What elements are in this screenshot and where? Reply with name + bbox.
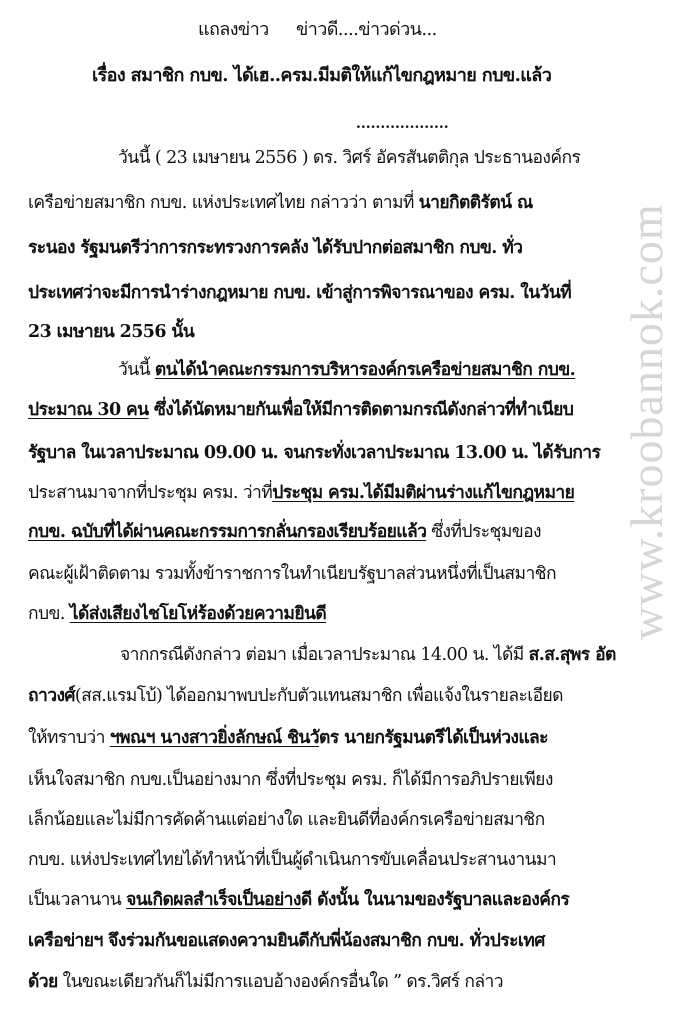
body-line: วันนี้ ( 23 เมษายน 2556 ) ดร. วิศร์ อัคร… bbox=[118, 146, 580, 170]
text-run: ในขณะเดียวกันก็ไม่มีการแอบอ้างองค์กรอื่น… bbox=[58, 972, 503, 992]
document-title: เรื่อง สมาชิก กบข. ได้เฮ..ครม.มีมติให้แก… bbox=[92, 64, 551, 88]
body-line: ด้วย ในขณะเดียวกันก็ไม่มีการแอบอ้างองค์ก… bbox=[28, 970, 503, 994]
text-run: ส.ส.สุพร อัต bbox=[529, 645, 616, 665]
text-run: ให้ทราบว่า bbox=[28, 728, 110, 748]
text-run: (สส.แรมโบ้) ได้ออกมาพบปะกับตัวแทนสมาชิก … bbox=[75, 686, 563, 706]
body-line: ประสานมาจากที่ประชุม ครม. ว่าที่ประชุม ค… bbox=[28, 481, 574, 505]
body-line: กบข. แห่งประเทศไทยได้ทำหน้าที่เป็นผู้ดำเ… bbox=[28, 848, 556, 872]
text-run: รัฐบาล ในเวลาประมาณ 09.00 น. จนกระทั่งเว… bbox=[28, 443, 600, 463]
text-run: 23 เมษายน 2556 นั้น bbox=[28, 322, 194, 342]
text-run: ประสานมาจากที่ประชุม ครม. ว่าที่ bbox=[28, 483, 272, 503]
text-run: ถาวงศ์ bbox=[28, 686, 75, 706]
text-run: วันนี้ ( 23 เมษายน 2556 ) ดร. วิศร์ อัคร… bbox=[118, 148, 580, 168]
body-line: เล็กน้อยและไม่มีการคัดค้านแต่อย่างใด และ… bbox=[28, 808, 545, 832]
site-watermark: www.kroobannok.com bbox=[620, 0, 673, 640]
body-line: วันนี้ ตนได้นำคณะกรรมการบริหารองค์กรเครื… bbox=[118, 358, 575, 382]
body-line: เห็นใจสมาชิก กบข.เป็นอย่างมาก ซึ่งที่ประ… bbox=[28, 768, 553, 792]
text-run: ซึ่งได้นัดหมายกันเพื่อให้มีการติดตามกรณี… bbox=[149, 400, 574, 420]
text-run: เห็นใจสมาชิก กบข.เป็นอย่างมาก ซึ่งที่ประ… bbox=[28, 770, 553, 790]
press-release-label: แถลงข่าว bbox=[198, 18, 269, 42]
title-separator: ................... bbox=[356, 112, 449, 136]
body-line: ประมาณ 30 คน ซึ่งได้นัดหมายกันเพื่อให้มี… bbox=[28, 398, 573, 422]
emphasized-text: กบข. ฉบับที่ได้ผ่านคณะกรรมการกลั่นกรองเร… bbox=[28, 522, 426, 542]
body-line: ถาวงศ์(สส.แรมโบ้) ได้ออกมาพบปะกับตัวแทนส… bbox=[28, 684, 563, 708]
emphasized-text: ได้ส่งเสียงไชโยโห่ร้องด้วยความยินดี bbox=[70, 604, 326, 624]
text-run: ในนามของรัฐบาลและองค์กร bbox=[364, 890, 569, 910]
text-run: กบข. bbox=[28, 604, 70, 624]
body-line: ประเทศว่าจะมีการนำร่างกฎหมาย กบข. เข้าสู… bbox=[28, 281, 571, 305]
text-run: คณะผู้เฝ้าติดตาม รวมทั้งข้าราชการในทำเนี… bbox=[28, 564, 556, 584]
emphasized-text: ฯพณฯ นางสาวยิ่งลักษณ์ ชินวั bbox=[110, 728, 319, 748]
text-run: ระนอง รัฐมนตรีว่าการกระทรวงการคลัง ได้รั… bbox=[28, 238, 522, 258]
text-run: จากกรณีดังกล่าว ต่อมา เมื่อเวลาประมาณ 14… bbox=[120, 645, 529, 665]
body-line: 23 เมษายน 2556 นั้น bbox=[28, 320, 194, 344]
text-run: ด้วย bbox=[28, 972, 58, 992]
text-run: ซึ่งที่ประชุมของ bbox=[426, 522, 541, 542]
text-run: ประเทศว่าจะมีการนำร่างกฎหมาย กบข. เข้าสู… bbox=[28, 283, 571, 303]
body-line: ให้ทราบว่า ฯพณฯ นางสาวยิ่งลักษณ์ ชินวัตร… bbox=[28, 726, 548, 750]
body-line: กบข. ได้ส่งเสียงไชโยโห่ร้องด้วยความยินดี bbox=[28, 602, 326, 626]
body-line: คณะผู้เฝ้าติดตาม รวมทั้งข้าราชการในทำเนี… bbox=[28, 562, 556, 586]
body-line: เครือข่ายฯ จึงร่วมกันขอแสดงความยินดีกับพ… bbox=[28, 929, 545, 953]
body-line: เป็นเวลานาน จนเกิดผลสำเร็จเป็นอย่างดี ดั… bbox=[28, 888, 569, 912]
text-run: เป็นเวลานาน bbox=[28, 890, 126, 910]
body-line: ระนอง รัฐมนตรีว่าการกระทรวงการคลัง ได้รั… bbox=[28, 236, 522, 260]
body-line: รัฐบาล ในเวลาประมาณ 09.00 น. จนกระทั่งเว… bbox=[28, 441, 600, 465]
emphasized-text: ประชุม ครม.ได้มีมติผ่านร่างแก้ไขกฎหมาย bbox=[272, 483, 574, 503]
text-run: กบข. แห่งประเทศไทยได้ทำหน้าที่เป็นผู้ดำเ… bbox=[28, 850, 556, 870]
text-run: ตร นายกรัฐมนตรีได้เป็นห่วงและ bbox=[319, 728, 548, 748]
emphasized-text: จนเกิดผลสำเร็จเป็นอย่าง bbox=[126, 890, 301, 910]
text-run: เครือข่ายฯ จึงร่วมกันขอแสดงความยินดีกับพ… bbox=[28, 931, 545, 951]
news-tagline: ข่าวดี....ข่าวด่วน... bbox=[296, 18, 437, 42]
text-run: ดี ดังนั้น bbox=[301, 890, 364, 910]
emphasized-text: ตนได้นำคณะกรรมการบริหารองค์กรเครือข่ายสม… bbox=[155, 360, 575, 380]
body-line: กบข. ฉบับที่ได้ผ่านคณะกรรมการกลั่นกรองเร… bbox=[28, 520, 541, 544]
text-run: เครือข่ายสมาชิก กบข. แห่งประเทศไทย กล่าว… bbox=[28, 193, 419, 213]
text-run: เล็กน้อยและไม่มีการคัดค้านแต่อย่างใด และ… bbox=[28, 810, 545, 830]
body-line: เครือข่ายสมาชิก กบข. แห่งประเทศไทย กล่าว… bbox=[28, 191, 533, 215]
text-run: นายกิตติรัตน์ ณ bbox=[419, 193, 533, 213]
text-run: วันนี้ bbox=[118, 360, 155, 380]
body-line: จากกรณีดังกล่าว ต่อมา เมื่อเวลาประมาณ 14… bbox=[120, 643, 616, 667]
emphasized-text: ประมาณ 30 คน bbox=[28, 400, 149, 420]
document-page: แถลงข่าว ข่าวดี....ข่าวด่วน... เรื่อง สม… bbox=[0, 0, 680, 1022]
